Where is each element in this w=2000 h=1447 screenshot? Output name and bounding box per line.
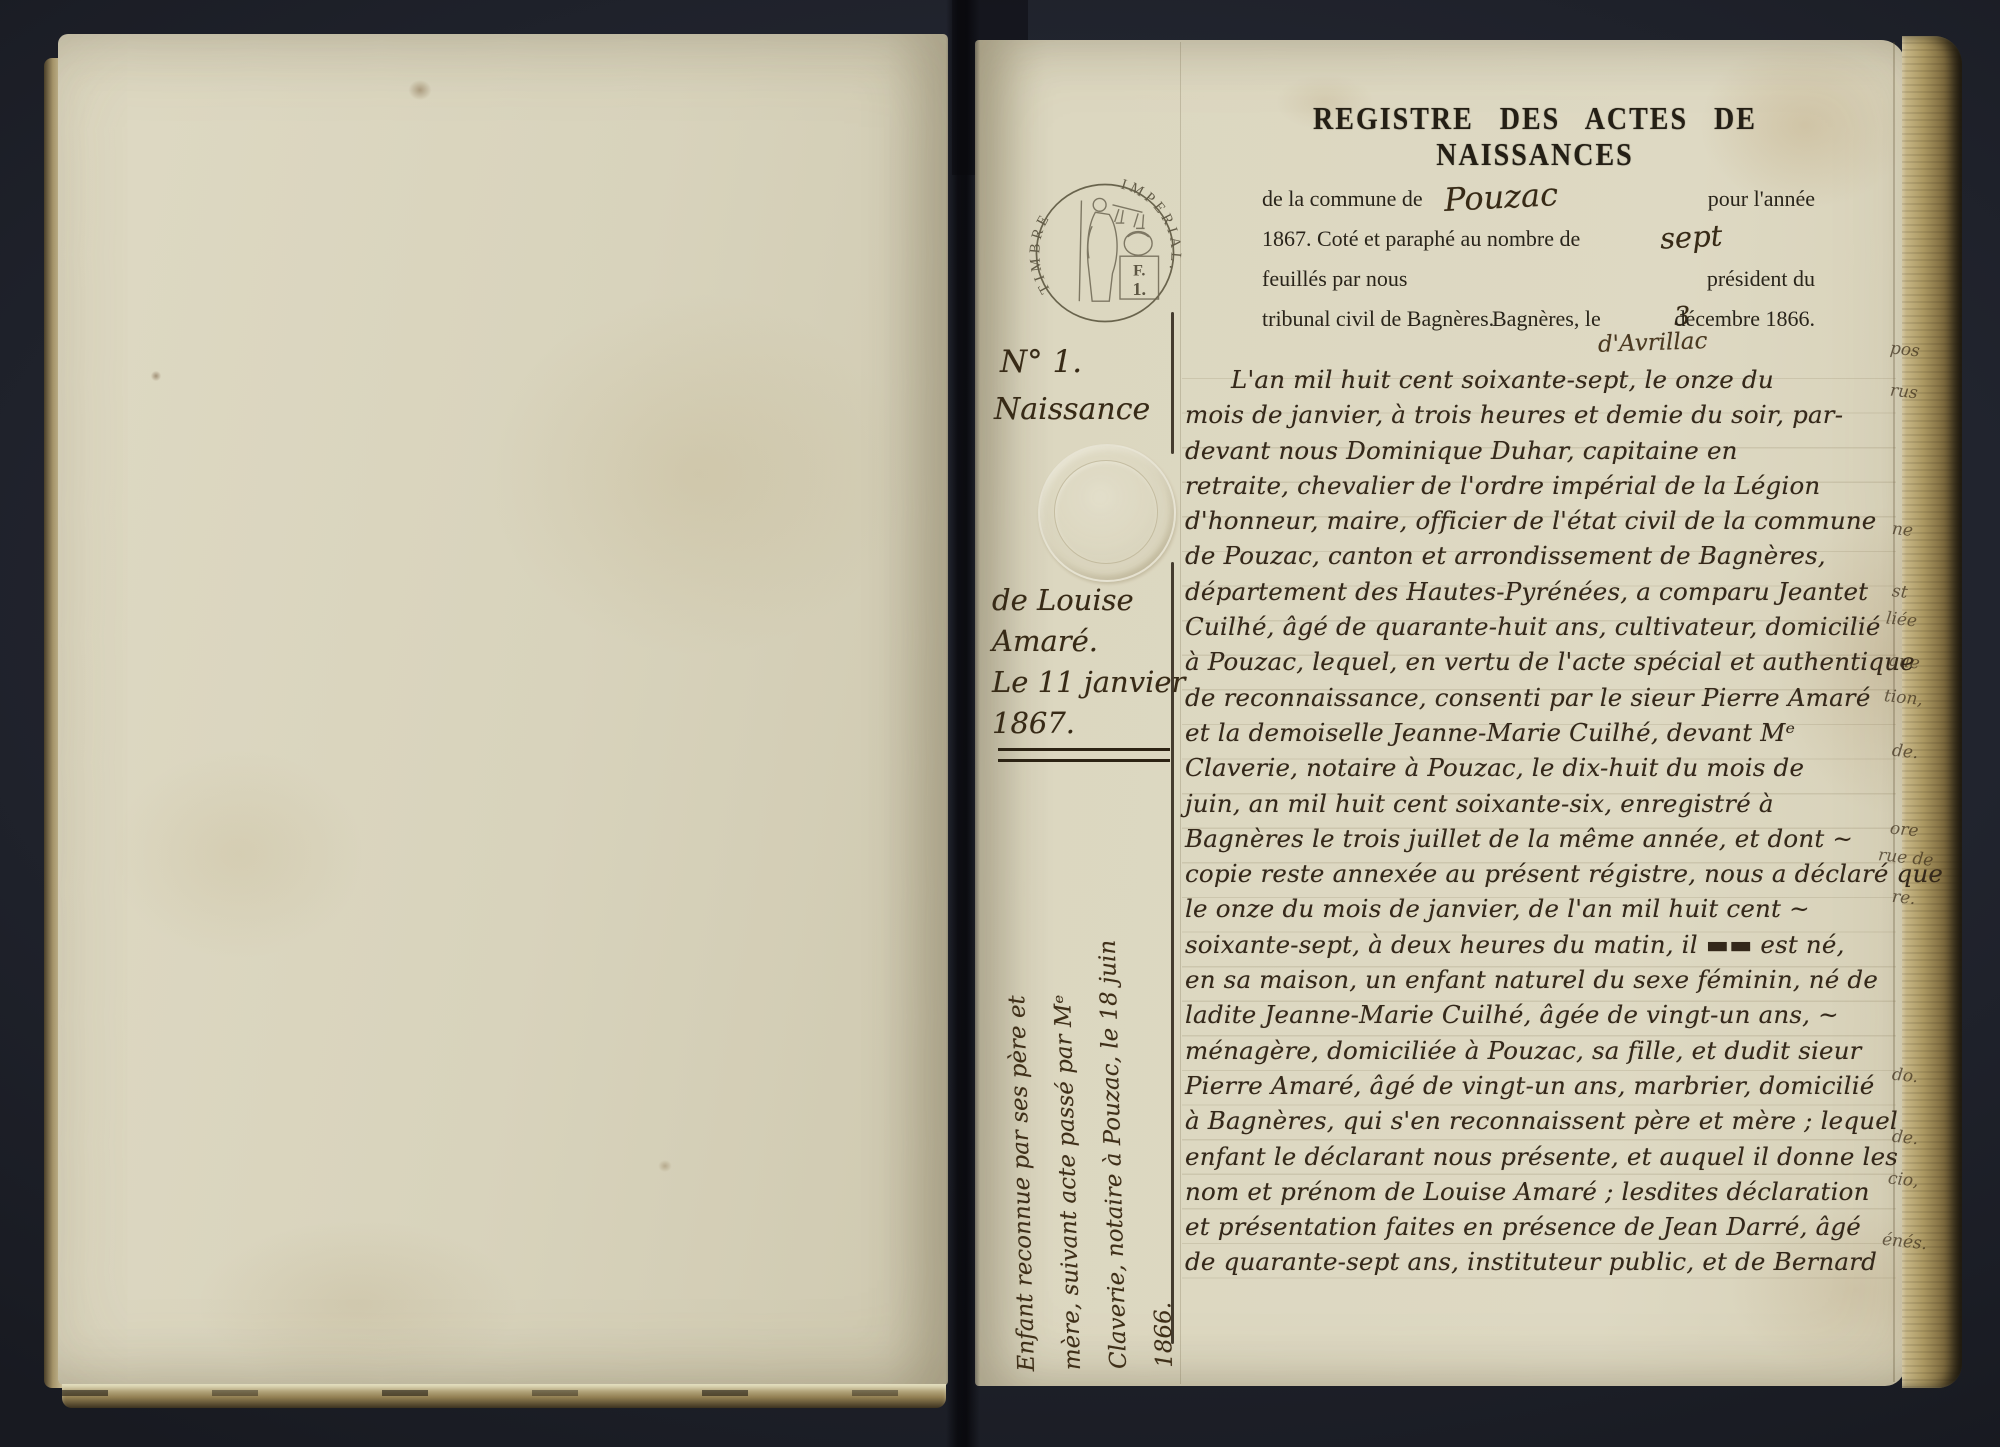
subject-name-block: de Louise Amaré. Le 11 janvier 1867.: [992, 580, 1185, 744]
gutter-shadow: [946, 0, 980, 1447]
commune-label: de la commune de: [1262, 186, 1423, 211]
cote-label: 1867. Coté et paraphé au nombre de: [1262, 226, 1580, 251]
edge-fragment: re.: [1891, 887, 1917, 909]
act-line: retraite, chevalier de l'ordre impérial …: [1185, 468, 1901, 503]
act-line: L'an mil huit cent soixante-sept, le onz…: [1185, 362, 1901, 397]
embossed-seal-inner: [1054, 460, 1158, 564]
edge-fragment: pos: [1889, 338, 1921, 361]
edge-fragment: de.: [1891, 1127, 1919, 1150]
act-line: nom et prénom de Louise Amaré ; lesdites…: [1185, 1174, 1901, 1209]
act-line: de quarante-sept ans, instituteur public…: [1185, 1244, 1901, 1279]
act-line: Bagnères le trois juillet de la même ann…: [1185, 821, 1901, 856]
act-line: ménagère, domiciliée à Pouzac, sa fille,…: [1185, 1033, 1901, 1068]
edge-fragment: st: [1891, 581, 1909, 603]
act-line: devant nous Dominique Duhar, capitaine e…: [1185, 433, 1901, 468]
place-date-label: Bagnères, le: [1492, 306, 1601, 332]
act-line: enfant le déclarant nous présente, et au…: [1185, 1139, 1901, 1174]
act-line: de reconnaissance, consenti par le sieur…: [1185, 680, 1901, 715]
header-tribunal-row: tribunal civil de Bagnères. Bagnères, le…: [1262, 306, 1815, 346]
subject-line: de Louise: [992, 580, 1185, 621]
act-line: de Pouzac, canton et arrondissement de B…: [1185, 538, 1901, 573]
commune-name-handwritten: Pouzac: [1443, 175, 1559, 219]
margin-double-rule: [998, 748, 1170, 762]
act-line: soixante-sept, à deux heures du matin, i…: [1185, 927, 1901, 962]
act-line: à Pouzac, lequel, en vertu de l'acte spé…: [1185, 644, 1901, 679]
embossed-seal: [1038, 444, 1176, 582]
act-type-label: Naissance: [994, 392, 1150, 427]
edge-fragment: liée: [1885, 608, 1918, 631]
act-line: le onze du mois de janvier, de l'an mil …: [1185, 891, 1901, 926]
act-line: Cuilhé, âgé de quarante-huit ans, cultiv…: [1185, 609, 1901, 644]
recognition-margin-note: Enfant reconnue par ses père et mère, su…: [988, 767, 1194, 1372]
edge-fragment: de.: [1891, 741, 1919, 764]
feuilles-label: feuillés par nous: [1262, 266, 1407, 291]
timbre-imperial-stamp: TIMBRE IMPERIAL. F. 1.: [1014, 162, 1196, 344]
act-line: Pierre Amaré, âgé de vingt-un ans, marbr…: [1185, 1068, 1901, 1103]
act-line: mois de janvier, à trois heures et demie…: [1185, 397, 1901, 432]
stamp-value-top: F.: [1133, 262, 1145, 279]
act-line: département des Hautes-Pyrénées, a compa…: [1185, 574, 1901, 609]
edge-fragment: rus: [1889, 381, 1919, 404]
act-line: ladite Jeanne-Marie Cuilhé, âgée de ving…: [1185, 997, 1901, 1032]
act-line: Claverie, notaire à Pouzac, le dix-huit …: [1185, 750, 1901, 785]
header-feuilles-row: feuillés par nous président du: [1262, 266, 1815, 306]
edge-fragment: tion,: [1883, 686, 1924, 710]
act-line: en sa maison, un enfant naturel du sexe …: [1185, 962, 1901, 997]
president-signature: d'Avrillac: [1598, 328, 1708, 358]
year-label: pour l'année: [1708, 186, 1815, 212]
sheet-count-handwritten: sept: [1659, 218, 1723, 255]
birth-act-text: L'an mil huit cent soixante-sept, le onz…: [1185, 362, 1901, 1280]
edge-fragment: ore: [1889, 819, 1919, 842]
book-left-page: [58, 34, 948, 1386]
edge-fragment: cio,: [1887, 1168, 1920, 1191]
stamp-left-arc-text: TIMBRE: [1027, 210, 1054, 296]
register-title: REGISTRE DES ACTES DE NAISSANCES: [1252, 102, 1818, 174]
act-line: et présentation faites en présence de Je…: [1185, 1209, 1901, 1244]
stamp-right-arc-text: IMPERIAL.: [1119, 177, 1184, 275]
stamp-value-bottom: 1.: [1132, 279, 1146, 299]
subject-line: Amaré.: [992, 621, 1185, 662]
subject-line: Le 11 janvier: [992, 662, 1185, 703]
edge-fragment: do.: [1891, 1065, 1919, 1088]
act-line: à Bagnères, qui s'en reconnaissent père …: [1185, 1103, 1901, 1138]
book-scan-scene: REGISTRE DES ACTES DE NAISSANCES de la c…: [0, 0, 2000, 1447]
act-line: juin, an mil huit cent soixante-six, enr…: [1185, 786, 1901, 821]
president-label: président du: [1707, 266, 1815, 292]
stamp-right-arc-label: IMPERIAL.: [1119, 177, 1184, 275]
act-number: N° 1.: [1000, 344, 1082, 380]
stamp-left-arc-label: TIMBRE: [1027, 210, 1054, 296]
header-cote-row: 1867. Coté et paraphé au nombre de sept: [1262, 226, 1815, 266]
act-line: et la demoiselle Jeanne-Marie Cuilhé, de…: [1185, 715, 1901, 750]
edge-fragment: ne: [1891, 519, 1914, 541]
left-page-bottom-edge: [62, 1384, 946, 1408]
edge-fragment: que: [1887, 650, 1921, 673]
tribunal-label: tribunal civil de Bagnères.: [1262, 306, 1494, 331]
justice-figure: [1079, 198, 1158, 301]
act-line: copie reste annexée au présent régistre,…: [1185, 856, 1901, 891]
subject-line: 1867.: [992, 703, 1185, 744]
act-line: d'honneur, maire, officier de l'état civ…: [1185, 503, 1901, 538]
header-commune-row: de la commune de Pouzac pour l'année: [1262, 186, 1815, 226]
